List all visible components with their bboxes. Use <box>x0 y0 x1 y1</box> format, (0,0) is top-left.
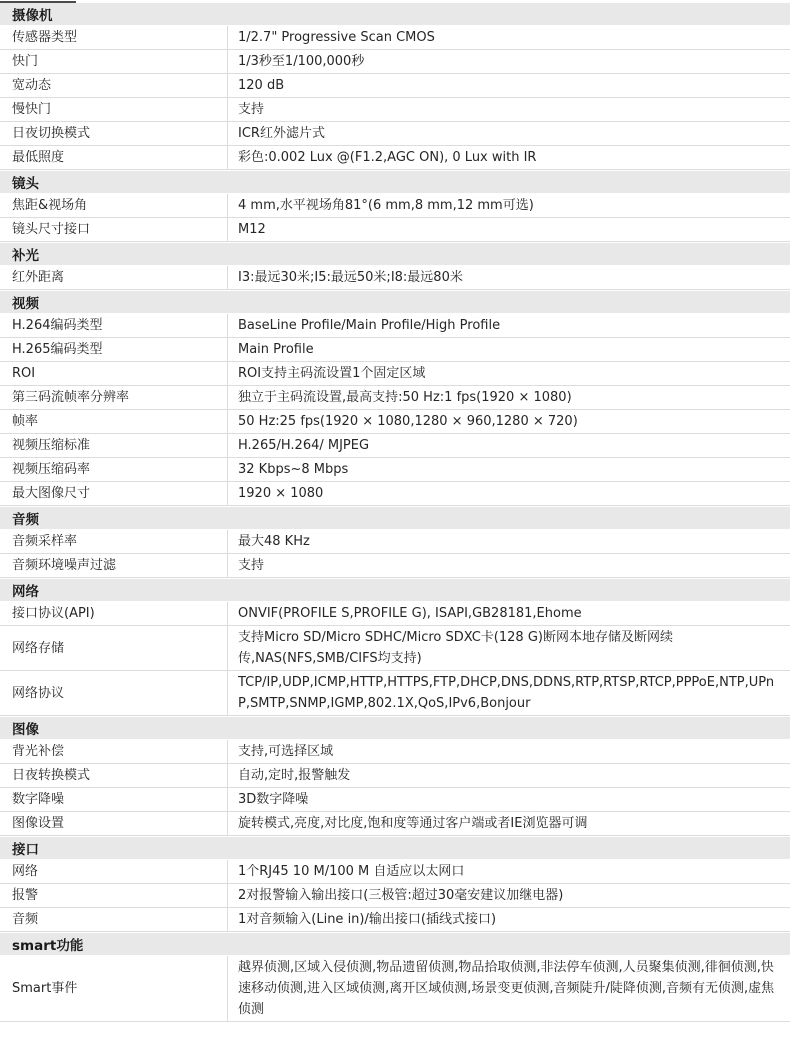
spec-label-cell: 镜头尺寸接口 <box>0 218 228 241</box>
spec-label-cell: 报警 <box>0 884 228 907</box>
spec-label: 快门 <box>12 51 38 72</box>
spec-value: 1/2.7" Progressive Scan CMOS <box>238 27 435 48</box>
spec-label-cell: 最低照度 <box>0 146 228 169</box>
spec-value: 彩色:0.002 Lux @(F1.2,AGC ON), 0 Lux with … <box>238 147 536 168</box>
section-title: 补光 <box>12 244 39 264</box>
spec-label: ROI <box>12 363 35 384</box>
spec-label: 最大图像尺寸 <box>12 483 90 504</box>
spec-row: 帧率50 Hz:25 fps(1920 × 1080,1280 × 960,12… <box>0 410 790 434</box>
spec-label: 接口协议(API) <box>12 603 95 624</box>
spec-value-cell: 1920 × 1080 <box>228 482 790 505</box>
spec-label: 红外距离 <box>12 267 64 288</box>
spec-label-cell: 背光补偿 <box>0 740 228 763</box>
spec-row: Smart事件越界侦测,区域入侵侦测,物品遗留侦测,物品拾取侦测,非法停车侦测,… <box>0 956 790 1022</box>
spec-value: 1对音频输入(Line in)/输出接口(插线式接口) <box>238 909 496 930</box>
spec-label-cell: H.265编码类型 <box>0 338 228 361</box>
spec-value-cell: TCP/IP,UDP,ICMP,HTTP,HTTPS,FTP,DHCP,DNS,… <box>228 671 790 715</box>
spec-row: H.264编码类型BaseLine Profile/Main Profile/H… <box>0 314 790 338</box>
spec-label: H.265编码类型 <box>12 339 103 360</box>
spec-value-cell: ROI支持主码流设置1个固定区域 <box>228 362 790 385</box>
spec-label: 背光补偿 <box>12 741 64 762</box>
spec-value: 自动,定时,报警触发 <box>238 765 350 786</box>
spec-value: 独立于主码流设置,最高支持:50 Hz:1 fps(1920 × 1080) <box>238 387 572 408</box>
spec-label: 视频压缩标准 <box>12 435 90 456</box>
spec-value: BaseLine Profile/Main Profile/High Profi… <box>238 315 500 336</box>
spec-row: 日夜切换模式ICR红外滤片式 <box>0 122 790 146</box>
spec-value-cell: I3:最远30米;I5:最远50米;I8:最远80米 <box>228 266 790 289</box>
spec-label-cell: 音频 <box>0 908 228 931</box>
spec-value: I3:最远30米;I5:最远50米;I8:最远80米 <box>238 267 463 288</box>
spec-value-cell: H.265/H.264/ MJPEG <box>228 434 790 457</box>
spec-value-cell: 1个RJ45 10 M/100 M 自适应以太网口 <box>228 860 790 883</box>
spec-value-cell: BaseLine Profile/Main Profile/High Profi… <box>228 314 790 337</box>
spec-label: 最低照度 <box>12 147 64 168</box>
spec-label-cell: 快门 <box>0 50 228 73</box>
spec-value-cell: ICR红外滤片式 <box>228 122 790 145</box>
spec-row: 图像设置旋转模式,亮度,对比度,饱和度等通过客户端或者IE浏览器可调 <box>0 812 790 836</box>
spec-row: 慢快门支持 <box>0 98 790 122</box>
section-title: 镜头 <box>12 172 39 192</box>
section-header: 音频 <box>0 506 790 530</box>
section-header: 摄像机 <box>0 2 790 26</box>
camera-spec-table: 摄像机传感器类型1/2.7" Progressive Scan CMOS快门1/… <box>0 0 790 1022</box>
spec-row: 音频1对音频输入(Line in)/输出接口(插线式接口) <box>0 908 790 932</box>
spec-label-cell: 红外距离 <box>0 266 228 289</box>
spec-row: 网络1个RJ45 10 M/100 M 自适应以太网口 <box>0 860 790 884</box>
spec-label: 日夜转换模式 <box>12 765 90 786</box>
spec-row: 红外距离I3:最远30米;I5:最远50米;I8:最远80米 <box>0 266 790 290</box>
spec-value-cell: 越界侦测,区域入侵侦测,物品遗留侦测,物品拾取侦测,非法停车侦测,人员聚集侦测,… <box>228 956 790 1021</box>
spec-label-cell: 视频压缩标准 <box>0 434 228 457</box>
spec-label-cell: 网络协议 <box>0 671 228 715</box>
spec-value-cell: 1对音频输入(Line in)/输出接口(插线式接口) <box>228 908 790 931</box>
spec-label: 音频环境噪声过滤 <box>12 555 116 576</box>
spec-label: 音频采样率 <box>12 531 77 552</box>
spec-label: Smart事件 <box>12 978 77 999</box>
spec-value: 4 mm,水平视场角81°(6 mm,8 mm,12 mm可选) <box>238 195 534 216</box>
spec-label-cell: 帧率 <box>0 410 228 433</box>
spec-label: 数字降噪 <box>12 789 64 810</box>
spec-value-cell: 2对报警输入输出接口(三极管:超过30毫安建议加继电器) <box>228 884 790 907</box>
spec-value-cell: 支持 <box>228 98 790 121</box>
spec-value: 最大48 KHz <box>238 531 310 552</box>
spec-value-cell: Main Profile <box>228 338 790 361</box>
spec-label-cell: H.264编码类型 <box>0 314 228 337</box>
section-header: 补光 <box>0 242 790 266</box>
section-title: smart功能 <box>12 934 83 954</box>
spec-row: 网络协议TCP/IP,UDP,ICMP,HTTP,HTTPS,FTP,DHCP,… <box>0 671 790 716</box>
spec-row: 日夜转换模式自动,定时,报警触发 <box>0 764 790 788</box>
section-title: 图像 <box>12 718 39 738</box>
section-header: 接口 <box>0 836 790 860</box>
spec-value-cell: 彩色:0.002 Lux @(F1.2,AGC ON), 0 Lux with … <box>228 146 790 169</box>
spec-value: TCP/IP,UDP,ICMP,HTTP,HTTPS,FTP,DHCP,DNS,… <box>238 672 776 714</box>
spec-row: 焦距&视场角4 mm,水平视场角81°(6 mm,8 mm,12 mm可选) <box>0 194 790 218</box>
spec-label: 网络 <box>12 861 38 882</box>
spec-row: 视频压缩码率32 Kbps~8 Mbps <box>0 458 790 482</box>
spec-value: H.265/H.264/ MJPEG <box>238 435 369 456</box>
spec-value-cell: 4 mm,水平视场角81°(6 mm,8 mm,12 mm可选) <box>228 194 790 217</box>
section-title: 接口 <box>12 838 39 858</box>
spec-value: 支持 <box>238 99 264 120</box>
spec-label: H.264编码类型 <box>12 315 103 336</box>
spec-label-cell: 宽动态 <box>0 74 228 97</box>
section-title: 音频 <box>12 508 39 528</box>
spec-value: 越界侦测,区域入侵侦测,物品遗留侦测,物品拾取侦测,非法停车侦测,人员聚集侦测,… <box>238 957 776 1020</box>
spec-label: 传感器类型 <box>12 27 77 48</box>
spec-label-cell: 传感器类型 <box>0 26 228 49</box>
section-title: 摄像机 <box>12 4 53 24</box>
spec-label-cell: Smart事件 <box>0 956 228 1021</box>
spec-value-cell: 自动,定时,报警触发 <box>228 764 790 787</box>
spec-value: 3D数字降噪 <box>238 789 308 810</box>
spec-label-cell: 慢快门 <box>0 98 228 121</box>
spec-label: 第三码流帧率分辨率 <box>12 387 129 408</box>
spec-label-cell: 日夜转换模式 <box>0 764 228 787</box>
spec-row: 接口协议(API)ONVIF(PROFILE S,PROFILE G), ISA… <box>0 602 790 626</box>
spec-row: 报警2对报警输入输出接口(三极管:超过30毫安建议加继电器) <box>0 884 790 908</box>
spec-label: 网络协议 <box>12 683 64 704</box>
spec-label-cell: 最大图像尺寸 <box>0 482 228 505</box>
section-header: 图像 <box>0 716 790 740</box>
spec-label: 帧率 <box>12 411 38 432</box>
spec-value: ONVIF(PROFILE S,PROFILE G), ISAPI,GB2818… <box>238 603 582 624</box>
spec-value-cell: 独立于主码流设置,最高支持:50 Hz:1 fps(1920 × 1080) <box>228 386 790 409</box>
spec-row: 音频环境噪声过滤支持 <box>0 554 790 578</box>
spec-value-cell: 支持Micro SD/Micro SDHC/Micro SDXC卡(128 G)… <box>228 626 790 670</box>
spec-label-cell: 视频压缩码率 <box>0 458 228 481</box>
spec-value-cell: 1/3秒至1/100,000秒 <box>228 50 790 73</box>
spec-value: 支持,可选择区域 <box>238 741 333 762</box>
spec-row: ROIROI支持主码流设置1个固定区域 <box>0 362 790 386</box>
spec-row: 镜头尺寸接口M12 <box>0 218 790 242</box>
spec-row: 快门1/3秒至1/100,000秒 <box>0 50 790 74</box>
spec-value: 支持Micro SD/Micro SDHC/Micro SDXC卡(128 G)… <box>238 627 776 669</box>
spec-label-cell: 焦距&视场角 <box>0 194 228 217</box>
spec-value-cell: 50 Hz:25 fps(1920 × 1080,1280 × 960,1280… <box>228 410 790 433</box>
spec-value-cell: 旋转模式,亮度,对比度,饱和度等通过客户端或者IE浏览器可调 <box>228 812 790 835</box>
spec-label-cell: 接口协议(API) <box>0 602 228 625</box>
spec-value-cell: ONVIF(PROFILE S,PROFILE G), ISAPI,GB2818… <box>228 602 790 625</box>
section-header: smart功能 <box>0 932 790 956</box>
spec-value-cell: 120 dB <box>228 74 790 97</box>
spec-value: 32 Kbps~8 Mbps <box>238 459 348 480</box>
spec-label: 慢快门 <box>12 99 51 120</box>
spec-value: 旋转模式,亮度,对比度,饱和度等通过客户端或者IE浏览器可调 <box>238 813 587 834</box>
spec-value: M12 <box>238 219 266 240</box>
spec-row: 网络存储支持Micro SD/Micro SDHC/Micro SDXC卡(12… <box>0 626 790 671</box>
spec-label-cell: 图像设置 <box>0 812 228 835</box>
spec-label-cell: 数字降噪 <box>0 788 228 811</box>
spec-row: 最大图像尺寸1920 × 1080 <box>0 482 790 506</box>
spec-label: 音频 <box>12 909 38 930</box>
spec-value: 1920 × 1080 <box>238 483 323 504</box>
spec-label: 宽动态 <box>12 75 51 96</box>
spec-label: 镜头尺寸接口 <box>12 219 90 240</box>
spec-row: H.265编码类型Main Profile <box>0 338 790 362</box>
spec-row: 背光补偿支持,可选择区域 <box>0 740 790 764</box>
spec-label-cell: 网络 <box>0 860 228 883</box>
spec-value: ROI支持主码流设置1个固定区域 <box>238 363 425 384</box>
spec-label: 报警 <box>12 885 38 906</box>
spec-value: 120 dB <box>238 75 284 96</box>
spec-value: 50 Hz:25 fps(1920 × 1080,1280 × 960,1280… <box>238 411 578 432</box>
spec-label: 网络存储 <box>12 638 64 659</box>
section-title: 视频 <box>12 292 39 312</box>
spec-row: 传感器类型1/2.7" Progressive Scan CMOS <box>0 26 790 50</box>
section-header: 视频 <box>0 290 790 314</box>
spec-row: 数字降噪3D数字降噪 <box>0 788 790 812</box>
spec-value: 1/3秒至1/100,000秒 <box>238 51 364 72</box>
spec-row: 宽动态120 dB <box>0 74 790 98</box>
spec-value: 1个RJ45 10 M/100 M 自适应以太网口 <box>238 861 464 882</box>
spec-value-cell: 最大48 KHz <box>228 530 790 553</box>
spec-label-cell: 第三码流帧率分辨率 <box>0 386 228 409</box>
spec-value-cell: 1/2.7" Progressive Scan CMOS <box>228 26 790 49</box>
spec-value: ICR红外滤片式 <box>238 123 325 144</box>
section-header: 镜头 <box>0 170 790 194</box>
spec-label: 焦距&视场角 <box>12 195 87 216</box>
spec-label: 日夜切换模式 <box>12 123 90 144</box>
spec-label-cell: 音频采样率 <box>0 530 228 553</box>
spec-value: 2对报警输入输出接口(三极管:超过30毫安建议加继电器) <box>238 885 563 906</box>
table-top-border-mark <box>0 1 76 3</box>
spec-label-cell: 日夜切换模式 <box>0 122 228 145</box>
spec-row: 第三码流帧率分辨率独立于主码流设置,最高支持:50 Hz:1 fps(1920 … <box>0 386 790 410</box>
spec-value: 支持 <box>238 555 264 576</box>
spec-label: 图像设置 <box>12 813 64 834</box>
section-title: 网络 <box>12 580 39 600</box>
spec-value: Main Profile <box>238 339 314 360</box>
spec-row: 音频采样率最大48 KHz <box>0 530 790 554</box>
spec-value-cell: M12 <box>228 218 790 241</box>
spec-label-cell: 网络存储 <box>0 626 228 670</box>
spec-label-cell: 音频环境噪声过滤 <box>0 554 228 577</box>
spec-label-cell: ROI <box>0 362 228 385</box>
spec-value-cell: 32 Kbps~8 Mbps <box>228 458 790 481</box>
spec-value-cell: 支持 <box>228 554 790 577</box>
section-header: 网络 <box>0 578 790 602</box>
spec-row: 最低照度彩色:0.002 Lux @(F1.2,AGC ON), 0 Lux w… <box>0 146 790 170</box>
spec-value-cell: 3D数字降噪 <box>228 788 790 811</box>
spec-row: 视频压缩标准H.265/H.264/ MJPEG <box>0 434 790 458</box>
spec-value-cell: 支持,可选择区域 <box>228 740 790 763</box>
spec-label: 视频压缩码率 <box>12 459 90 480</box>
